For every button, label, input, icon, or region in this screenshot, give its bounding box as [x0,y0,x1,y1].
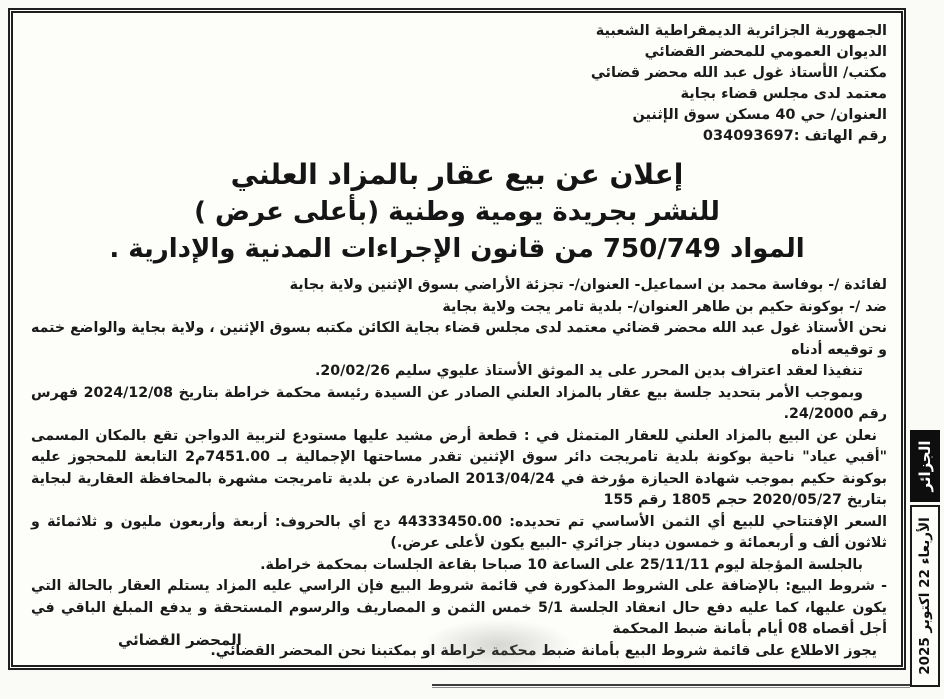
paragraph-property-description: نعلن عن البيع بالمزاد العلني للعقار المت… [31,426,887,512]
masthead-label: الجزائر [910,430,940,502]
paragraph-debt-deed: تنفيذا لعقد اعتراف بدين المحرر على يد ال… [31,361,887,383]
next-ad-border [432,684,910,688]
newspaper-masthead: الجزائر [910,430,940,502]
header-line-phone: رقم الهاتف :034093697 [13,126,887,147]
header-line-office: الديوان العمومي للمحضر القضائي [13,42,887,63]
paragraph-against: ضد /- بوكونة حكيم بن طاهر العنوان/- بلدي… [31,297,887,319]
newspaper-spine: الجزائر الأربعاء 22 اكتوبر 2025 [910,430,942,687]
header-line-court: معتمد لدى مجلس قضاء بجاية [13,84,887,105]
auction-sale-announcement: الجمهورية الجزائرية الديمقراطية الشعبية … [8,8,906,670]
header-line-republic: الجمهورية الجزائرية الديمقراطية الشعبية [13,21,887,42]
header-line-address: العنوان/ حي 40 مسكن سوق الإثنين [13,105,887,126]
issuer-header: الجمهورية الجزائرية الديمقراطية الشعبية … [13,13,901,147]
title-legal-articles: المواد 750/749 من قانون الإجراءات المدني… [13,230,901,268]
title-subtitle: للنشر بجريدة يومية وطنية (بأعلى عرض ) [13,194,901,230]
paragraph-bailiff-declaration: نحن الأستاذ غول عبد الله محضر قضائي معتم… [31,318,887,361]
paragraph-opening-price: السعر الإفتتاحي للبيع أي الثمن الأساسي ت… [31,512,887,555]
edition-date-box: الأربعاء 22 اكتوبر 2025 [910,505,940,687]
announcement-body: لفائدة /- بوفاسة محمد بن اسماعيل- العنوا… [13,268,901,662]
edition-date-label: الأربعاء 22 اكتوبر 2025 [912,507,938,685]
paragraph-beneficiary: لفائدة /- بوفاسة محمد بن اسماعيل- العنوا… [31,275,887,297]
paragraph-session-date: بالجلسة المؤجلة ليوم 25/11/11 على الساعة… [31,555,887,577]
newspaper-page: الجمهورية الجزائرية الديمقراطية الشعبية … [0,0,944,699]
title-main: إعلان عن بيع عقار بالمزاد العلني [13,156,901,194]
paragraph-court-order: وبموجب الأمر بتحديد جلسة بيع عقار بالمزا… [31,383,887,426]
stamp-smudge [423,619,573,671]
signature-label: المحضر القضائي [118,631,242,649]
announcement-title: إعلان عن بيع عقار بالمزاد العلني للنشر ب… [13,156,901,268]
header-line-bailiff: مكتب/ الأستاذ غول عبد الله محضر قضائي [13,63,887,84]
